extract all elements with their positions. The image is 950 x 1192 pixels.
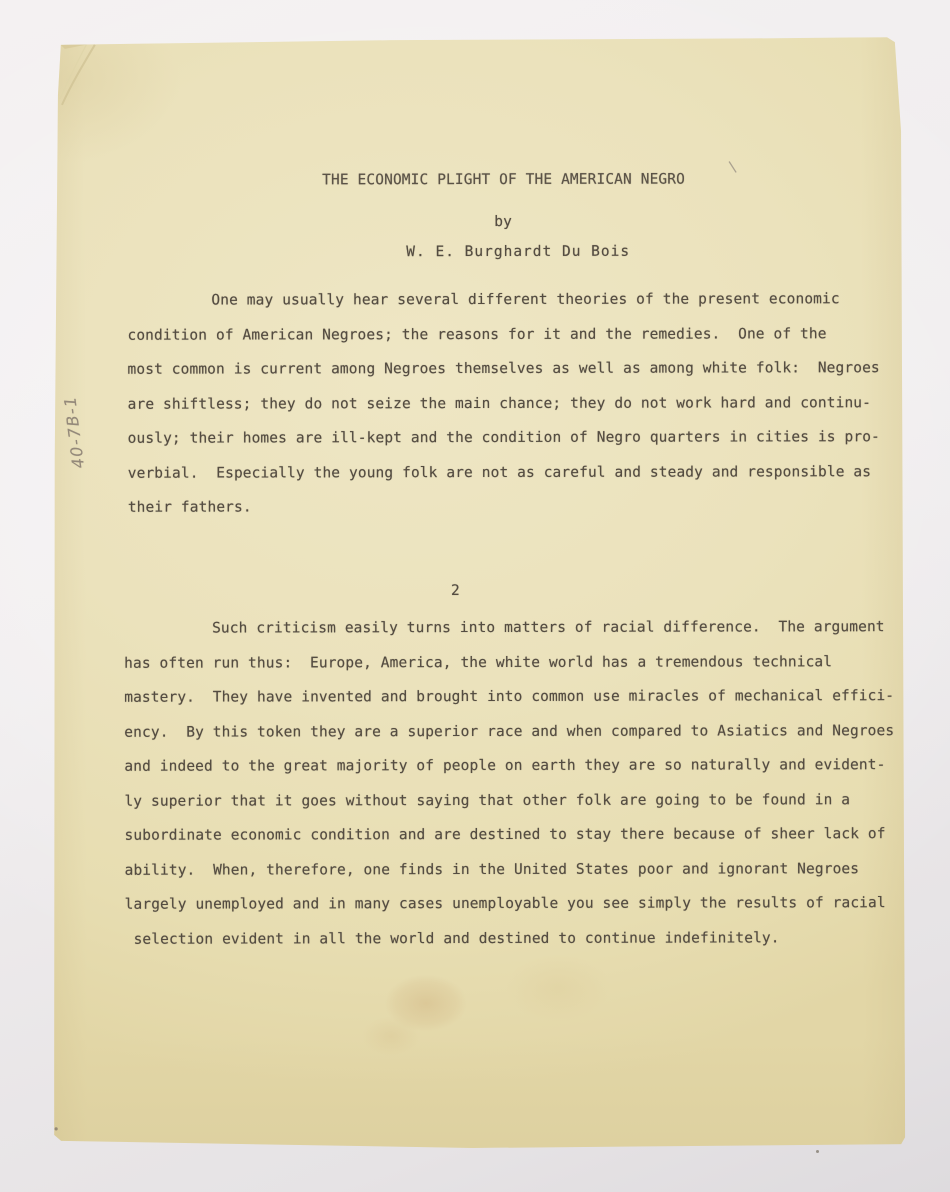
typed-line: ency. By this token they are a superior …	[124, 714, 904, 750]
typed-line: ly superior that it goes without saying …	[124, 783, 904, 819]
paper-texture-overlay	[51, 37, 905, 1149]
section-number: 2	[451, 581, 460, 601]
typed-line: verbial. Especially the young folk are n…	[128, 455, 904, 491]
typed-line: ability. When, therefore, one finds in t…	[125, 852, 905, 888]
typed-line: ously; their homes are ill-kept and the …	[128, 420, 904, 456]
corner-fold-shade	[61, 42, 101, 49]
typed-line: their fathers.	[128, 489, 904, 525]
stray-pencil-mark	[729, 161, 736, 172]
corner-crease-highlight	[60, 42, 88, 99]
typed-line: mastery. They have invented and brought …	[124, 679, 904, 715]
typed-line: condition of American Negroes; the reaso…	[127, 317, 903, 353]
document-page: 40-7B-1 THE ECONOMIC PLIGHT OF THE AMERI…	[51, 37, 905, 1149]
paragraph-1: One may usually hear several different t…	[51, 282, 904, 525]
photo-backdrop: 40-7B-1 THE ECONOMIC PLIGHT OF THE AMERI…	[0, 0, 950, 1192]
typed-line: most common is current among Negroes the…	[127, 351, 903, 387]
typed-line: Such criticism easily turns into matters…	[124, 610, 904, 646]
typed-line: has often run thus: Europe, America, the…	[124, 645, 904, 681]
typed-line: subordinate economic condition and are d…	[124, 817, 904, 853]
corner-crease-line	[62, 45, 95, 105]
paper-speck	[55, 1127, 58, 1130]
typed-line: and indeed to the great majority of peop…	[124, 748, 904, 784]
backdrop-speck	[816, 1150, 819, 1153]
typed-line: largely unemployed and in many cases une…	[125, 886, 905, 922]
typed-line: are shiftless; they do not seize the mai…	[128, 386, 904, 422]
paragraph-2: Such criticism easily turns into matters…	[52, 610, 905, 957]
document-byline: by	[494, 212, 512, 232]
document-title: THE ECONOMIC PLIGHT OF THE AMERICAN NEGR…	[322, 170, 685, 191]
typed-line: selection evident in all the world and d…	[125, 921, 905, 957]
typed-line: One may usually hear several different t…	[127, 282, 903, 318]
document-author: W. E. Burghardt Du Bois	[406, 242, 630, 262]
